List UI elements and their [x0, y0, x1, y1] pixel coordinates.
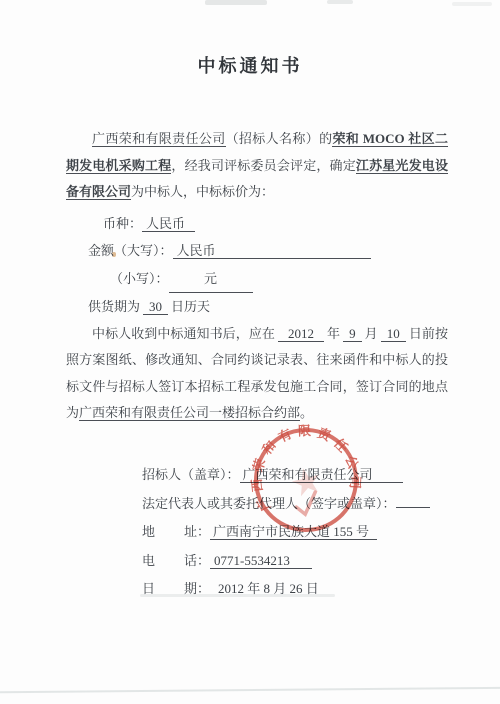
date-label-right: 期： — [184, 575, 210, 604]
date-row: 日期：2012 年 8 月 26 日 — [142, 575, 472, 604]
scan-artifact — [452, 2, 492, 6]
phone-label-right: 话： — [184, 547, 210, 576]
scan-artifact — [0, 687, 500, 693]
amount-figures-line: （小写）：元 — [66, 265, 448, 294]
price-fields: 币种：人民币 金额（大写）：人民币 （小写）：元 供货期为30日历天 — [66, 210, 448, 321]
signing-day-underlined: 10 — [381, 326, 406, 342]
scan-artifact — [327, 0, 353, 4]
currency-line: 币种：人民币 — [66, 210, 448, 238]
amount-words-label: 金额（大写）： — [88, 243, 173, 258]
signing-text: 。 — [300, 405, 313, 420]
seal-star — [290, 465, 324, 497]
phone-row: 电话：0771-5534213 — [142, 547, 472, 576]
phone-label-left: 电 — [142, 547, 155, 576]
date-label: 日期： — [142, 575, 210, 604]
scan-artifact — [205, 0, 267, 5]
signing-text: 月 — [365, 326, 378, 341]
supply-suffix: 日历天 — [171, 299, 210, 314]
seal-arc-text: 广西荣和有限责任公司 — [238, 412, 367, 516]
signing-place-underlined: 广西荣和有限责任公司一楼招标合约部 — [79, 405, 300, 421]
bidder-seal-label: 招标人（盖章）： — [142, 467, 240, 482]
amount-figures-label: （小写）： — [110, 271, 169, 286]
currency-value-underlined: 人民币 — [142, 216, 195, 232]
supply-prefix: 供货期为 — [88, 299, 140, 314]
signing-month-underlined: 9 — [343, 326, 362, 342]
award-text: （招标人名称）的 — [226, 131, 333, 146]
signing-paragraph: 中标人收到中标通知书后，应在2012年9月10日前按照方案图纸、修改通知、合同约… — [66, 321, 448, 427]
scanned-document-page: 中标通知书 广西荣和有限责任公司（招标人名称）的荣和 MOCO 社区二期发电机采… — [0, 0, 500, 704]
document-title: 中标通知书 — [0, 52, 500, 78]
award-paragraph: 广西荣和有限责任公司（招标人名称）的荣和 MOCO 社区二期发电机采购工程，经我… — [66, 126, 448, 206]
phone-label: 电话： — [142, 547, 210, 576]
date-label-left: 日 — [142, 575, 155, 604]
supply-days-underlined: 30 — [143, 299, 168, 315]
signing-year-underlined: 2012 — [278, 326, 324, 342]
amount-words-value-underlined: 人民币 — [173, 243, 371, 259]
phone-value-underlined: 0771-5534213 — [210, 553, 312, 569]
signing-text: 年 — [327, 326, 340, 341]
currency-label: 币种： — [103, 216, 142, 231]
date-value: 2012 年 8 月 26 日 — [210, 581, 319, 596]
award-text: ，经我司评标委员会评定，确定 — [171, 158, 355, 173]
address-label: 地址： — [142, 518, 210, 547]
representative-signature-blank — [396, 507, 430, 508]
address-label-right: 址： — [184, 518, 210, 547]
amount-words-line: 金额（大写）：人民币 — [66, 237, 448, 265]
address-label-left: 地 — [142, 518, 155, 547]
document-body: 广西荣和有限责任公司（招标人名称）的荣和 MOCO 社区二期发电机采购工程，经我… — [66, 126, 448, 427]
award-text: 为中标人，中标标价为： — [131, 184, 274, 199]
signing-text: 中标人收到中标通知书后，应在 — [92, 326, 275, 341]
seal-check-mark — [294, 492, 320, 516]
supply-period-line: 供货期为30日历天 — [66, 293, 448, 321]
bidder-name-underlined: 广西荣和有限责任公司 — [92, 131, 226, 147]
amount-figures-blank: 元 — [169, 265, 253, 294]
